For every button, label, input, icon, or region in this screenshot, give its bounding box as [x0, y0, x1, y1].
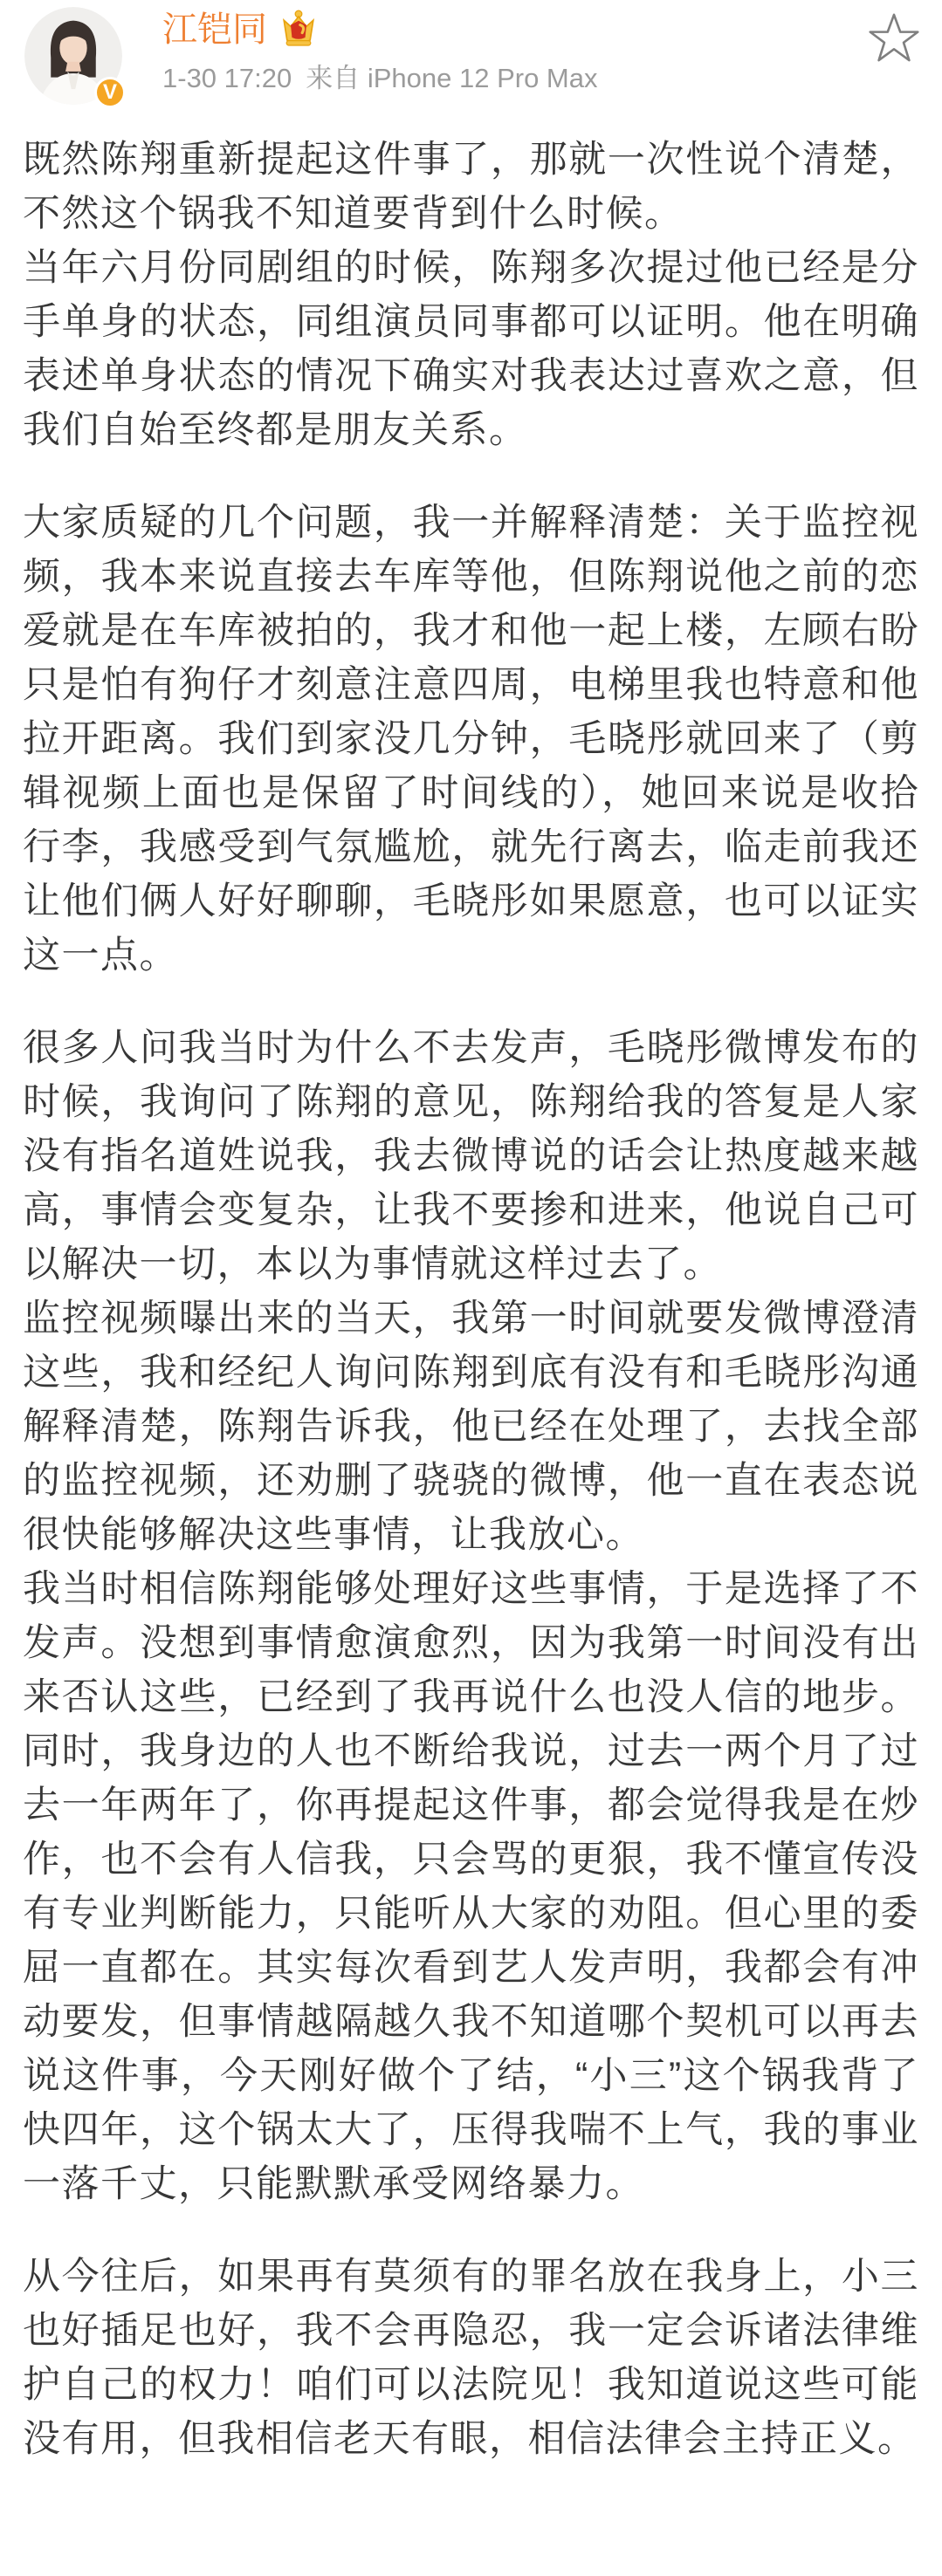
post-meta: 1-30 17:20来自 iPhone 12 Pro Max	[162, 63, 598, 94]
vip-crown-graphic	[278, 9, 320, 51]
post-content: 既然陈翔重新提起这件事了，那就一次性说个清楚，不然这个锅我不知道要背到什么时候。…	[0, 133, 942, 2466]
vip-crown-icon[interactable]	[278, 9, 320, 51]
source-device: 来自 iPhone 12 Pro Max	[306, 63, 597, 93]
verified-v-badge-icon: V	[94, 77, 126, 108]
star-outline-graphic	[869, 10, 919, 65]
timestamp: 1-30 17:20	[162, 63, 292, 93]
weibo-post-page: V 江铠同 1-30 17:20来自 iPhone 12 Pro Max	[0, 0, 942, 2576]
favorite-star-icon[interactable]	[869, 10, 919, 65]
post-header: V 江铠同 1-30 17:20来自 iPhone 12 Pro Max	[0, 0, 942, 106]
post-paragraph: 大家质疑的几个问题，我一并解释清楚：关于监控视频，我本来说直接去车库等他，但陈翔…	[23, 496, 919, 983]
post-paragraph: 很多人问我当时为什么不去发声，毛晓彤微博发布的时候，我询问了陈翔的意见，陈翔给我…	[23, 1021, 919, 2211]
username[interactable]: 江铠同	[162, 9, 267, 51]
verified-letter: V	[103, 80, 117, 104]
post-paragraph: 从今往后，如果再有莫须有的罪名放在我身上，小三也好插足也好，我不会再隐忍，我一定…	[23, 2250, 919, 2466]
avatar[interactable]: V	[24, 7, 122, 105]
post-paragraph: 既然陈翔重新提起这件事了，那就一次性说个清楚，不然这个锅我不知道要背到什么时候。…	[23, 133, 919, 457]
